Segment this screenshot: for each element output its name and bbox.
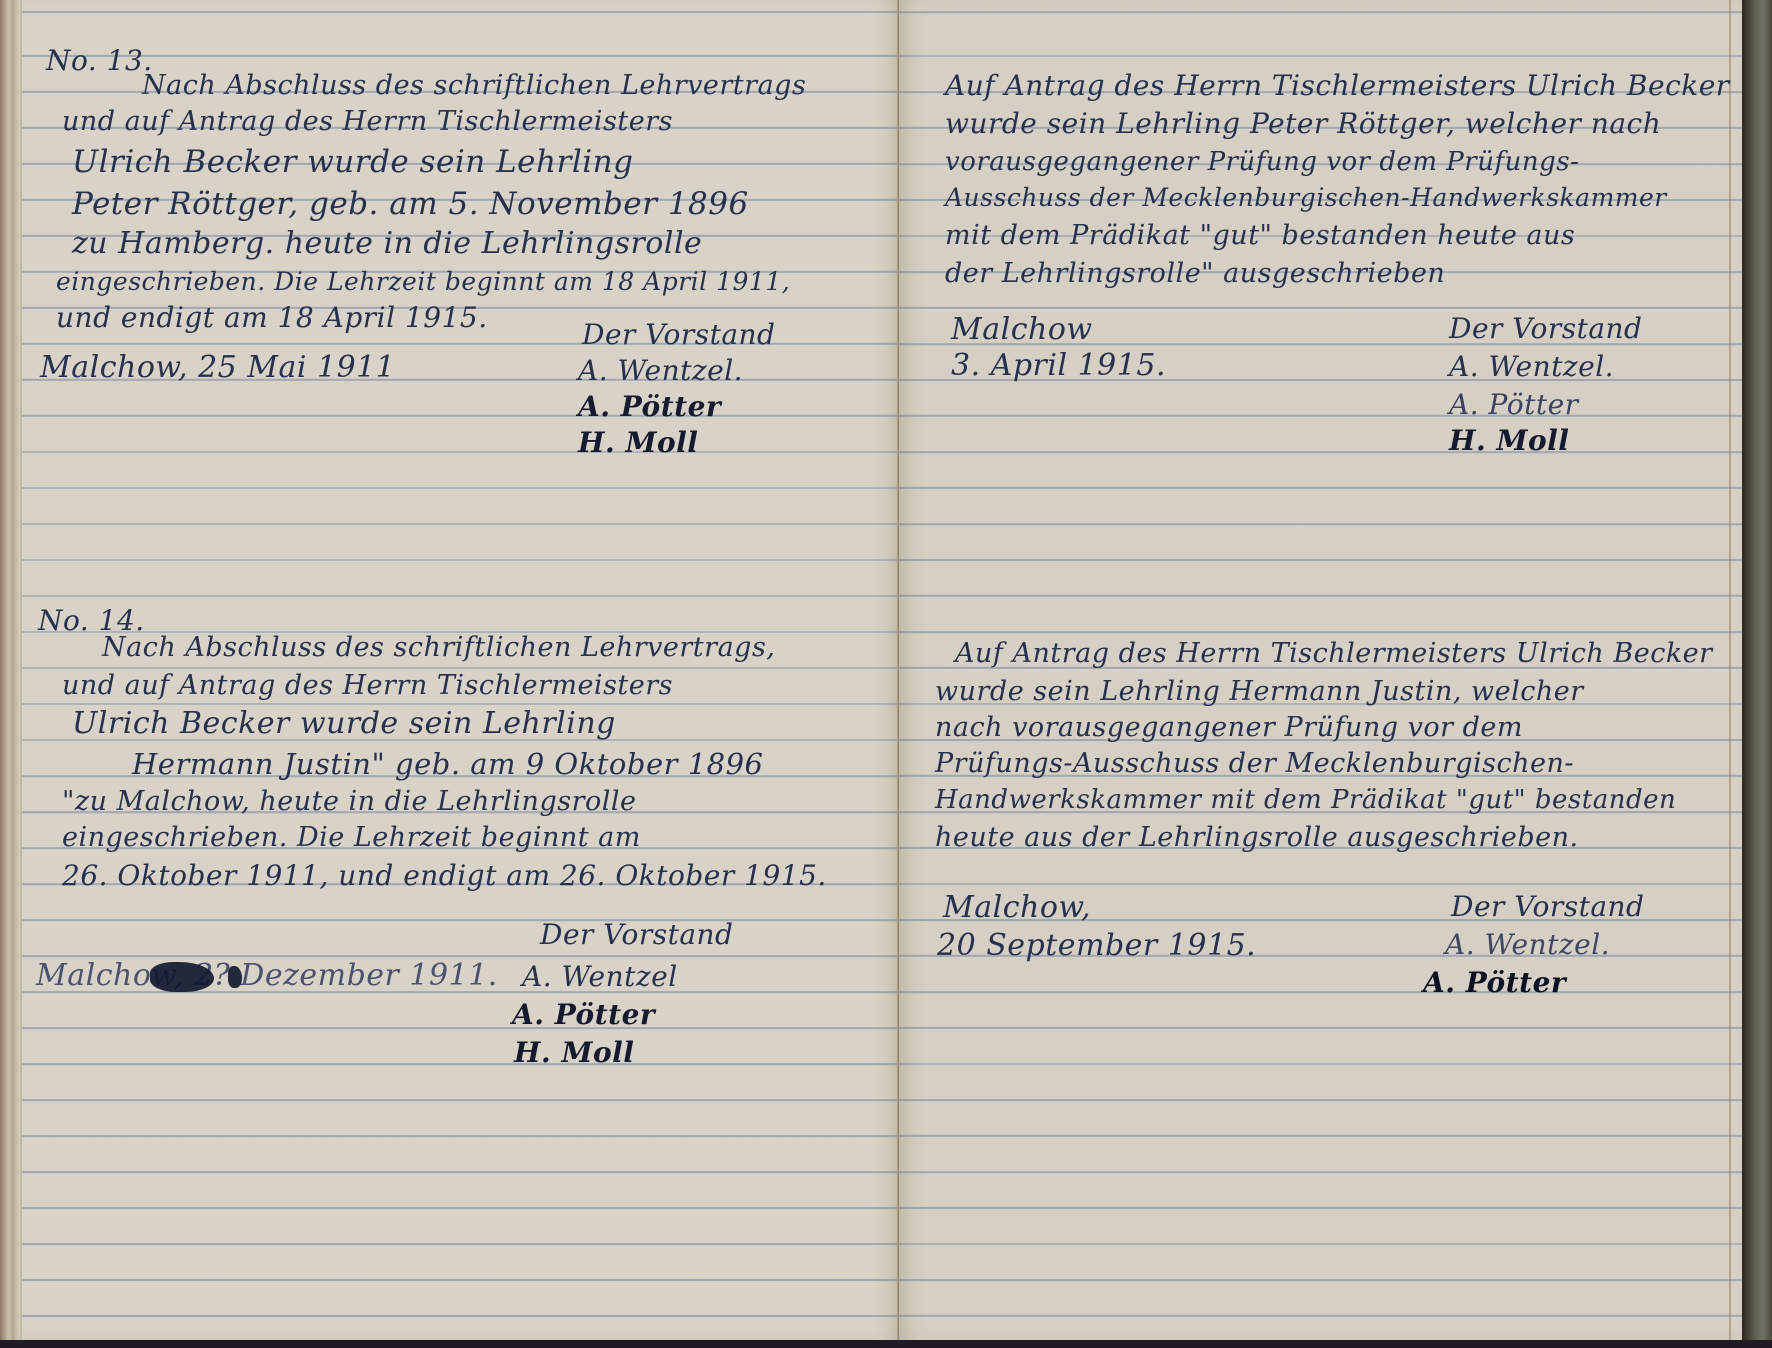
signature: A. Pötter: [512, 998, 655, 1031]
signature: H. Moll: [578, 426, 698, 459]
place: Malchow,: [943, 890, 1091, 925]
place-date: Malchow, 2? Dezember 1911.: [36, 958, 498, 993]
text-line: Auf Antrag des Herrn Tischlermeisters Ul…: [945, 68, 1730, 104]
text-line: Hermann Justin" geb. am 9 Oktober 1896: [132, 746, 764, 782]
text-line: zu Hamberg. heute in die Lehrlingsrolle: [72, 226, 702, 262]
signature: A. Pötter: [1423, 966, 1566, 999]
text-line: Ausschuss der Mecklenburgischen-Handwerk…: [945, 180, 1667, 216]
ink-blot: [150, 962, 214, 992]
margin-rule: [1729, 0, 1731, 1340]
text-line: Auf Antrag des Herrn Tischlermeisters Ul…: [955, 636, 1713, 672]
notebook-spread: No. 13. Nach Abschluss des schriftlichen…: [0, 0, 1772, 1348]
text-line: eingeschrieben. Die Lehrzeit beginnt am: [62, 820, 641, 856]
signature: A. Wentzel.: [1445, 928, 1610, 961]
text-line: Peter Röttger, geb. am 5. November 1896: [72, 186, 749, 222]
signature-heading: Der Vorstand: [540, 918, 733, 951]
text-line: Prüfungs-Ausschuss der Mecklenburgischen…: [935, 746, 1574, 782]
text-line: heute aus der Lehrlingsrolle ausgeschrie…: [935, 820, 1579, 856]
text-line: nach vorausgegangener Prüfung vor dem: [935, 710, 1523, 746]
page-bottom-edge: [0, 1340, 1772, 1348]
signature: A. Pötter: [1449, 388, 1579, 421]
left-page: No. 13. Nach Abschluss des schriftlichen…: [22, 0, 899, 1340]
signature: H. Moll: [1449, 424, 1569, 457]
signature: H. Moll: [514, 1036, 634, 1069]
text-line: der Lehrlingsrolle" ausgeschrieben: [945, 256, 1445, 292]
place: Malchow: [951, 312, 1093, 347]
text-line: 26. Oktober 1911, und endigt am 26. Okto…: [62, 858, 827, 894]
text-line: wurde sein Lehrling Hermann Justin, welc…: [935, 674, 1584, 710]
text-line: Nach Abschluss des schriftlichen Lehrver…: [102, 630, 775, 666]
text-line: eingeschrieben. Die Lehrzeit beginnt am …: [56, 264, 790, 300]
text-line: und auf Antrag des Herrn Tischlermeister…: [62, 104, 673, 140]
signature: A. Wentzel.: [578, 354, 743, 387]
signature-heading: Der Vorstand: [1451, 890, 1644, 923]
date: 20 September 1915.: [937, 928, 1256, 963]
signature: A. Pötter: [578, 390, 721, 423]
text-line: Nach Abschluss des schriftlichen Lehrver…: [142, 68, 806, 104]
entry-number: No. 13.: [46, 44, 153, 77]
signature: A. Wentzel.: [1449, 350, 1614, 383]
text-line: vorausgegangener Prüfung vor dem Prüfung…: [945, 144, 1579, 180]
signature-heading: Der Vorstand: [582, 318, 775, 351]
text-line: "zu Malchow, heute in die Lehrlingsrolle: [62, 784, 637, 820]
text-line: Ulrich Becker wurde sein Lehrling: [72, 706, 616, 742]
book-cover-edge: [1742, 0, 1772, 1348]
date: 3. April 1915.: [951, 348, 1166, 383]
signature-heading: Der Vorstand: [1449, 312, 1642, 345]
place-date: Malchow, 25 Mai 1911: [40, 350, 395, 385]
text-line: und auf Antrag des Herrn Tischlermeister…: [62, 668, 673, 704]
text-line: mit dem Prädikat "gut" bestanden heute a…: [945, 218, 1575, 254]
text-line: Ulrich Becker wurde sein Lehrling: [72, 144, 633, 180]
signature: A. Wentzel: [522, 960, 678, 993]
text-line: wurde sein Lehrling Peter Röttger, welch…: [945, 106, 1661, 142]
text-line: und endigt am 18 April 1915.: [56, 300, 488, 336]
text-line: Handwerkskammer mit dem Prädikat "gut" b…: [935, 782, 1676, 818]
book-spine-edge: [0, 0, 24, 1348]
ink-blot: [228, 966, 242, 988]
right-page: Auf Antrag des Herrn Tischlermeisters Ul…: [899, 0, 1742, 1340]
